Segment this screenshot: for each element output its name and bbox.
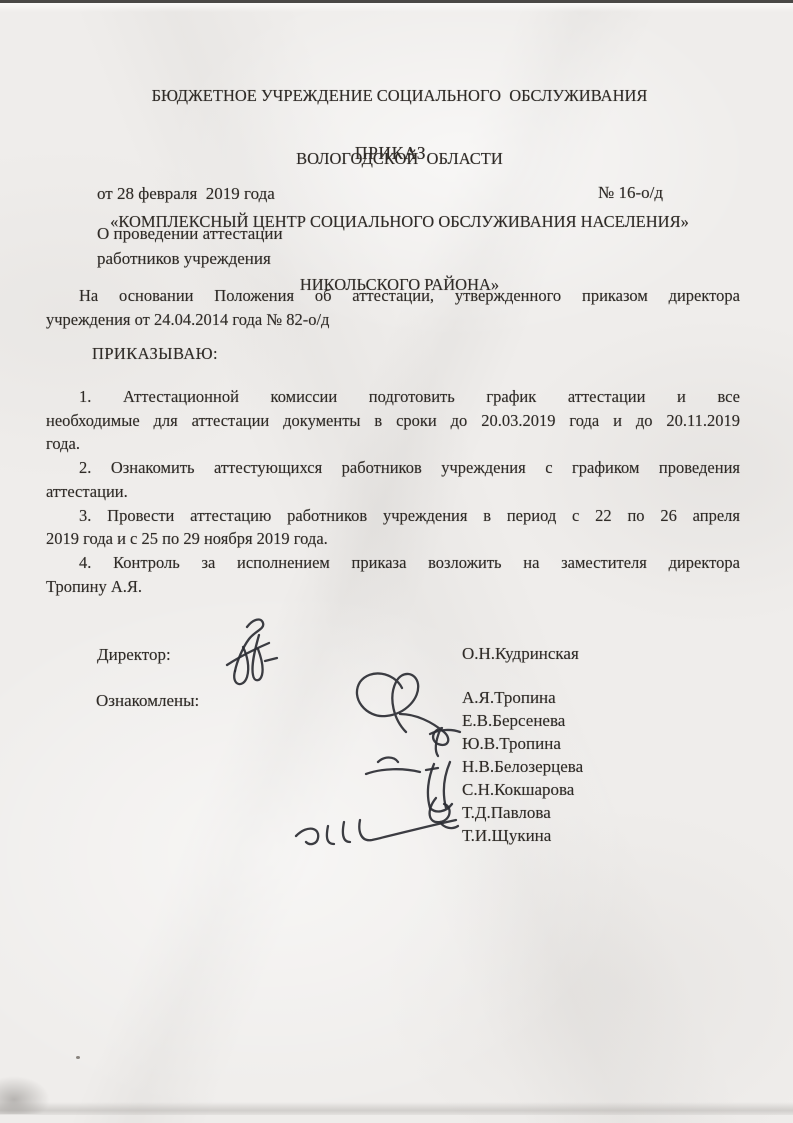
- item-4-line-2: Тропину А.Я.: [46, 575, 740, 599]
- acknowledged-name-7: Т.И.Щукина: [462, 824, 583, 847]
- subject-line-2: работников учреждения: [97, 247, 283, 272]
- order-number: № 16-о/д: [598, 183, 663, 203]
- acknowledged-name-2: Е.В.Берсенева: [462, 709, 583, 732]
- item-2-line-2: аттестации.: [46, 480, 740, 504]
- order-date: от 28 февраля 2019 года: [97, 184, 275, 204]
- director-label: Директор:: [97, 645, 171, 665]
- org-name-line-1: БЮДЖЕТНОЕ УЧРЕЖДЕНИЕ СОЦИАЛЬНОГО ОБСЛУЖИ…: [40, 85, 759, 106]
- item-4-line-1: 4. Контроль за исполнением приказа возло…: [46, 551, 740, 575]
- item-1-line-2: необходимые для аттестации документы в с…: [46, 409, 740, 433]
- doc-type-title: ПРИКАЗ: [0, 143, 781, 164]
- scan-corner-smudge: [0, 1076, 50, 1114]
- acknowledged-label: Ознакомлены:: [96, 691, 199, 711]
- subject-line-1: О проведении аттестации: [97, 222, 283, 247]
- basis-paragraph: На основании Положения об аттестации, ут…: [46, 284, 740, 331]
- acknowledged-names: А.Я.Тропина Е.В.Берсенева Ю.В.Тропина Н.…: [462, 686, 583, 847]
- basis-line-1: На основании Положения об аттестации, ут…: [46, 284, 740, 308]
- scan-bottom-edge: [0, 1102, 793, 1115]
- item-2-line-1: 2. Ознакомить аттестующихся работников у…: [46, 456, 740, 480]
- order-items: 1. Аттестационной комиссии подготовить г…: [46, 385, 740, 598]
- item-1-line-1: 1. Аттестационной комиссии подготовить г…: [46, 385, 740, 409]
- acknowledged-signatures: [282, 658, 482, 853]
- scan-top-glow: [0, 3, 793, 12]
- item-3-line-2: 2019 года и с 25 по 29 ноября 2019 года.: [46, 527, 740, 551]
- basis-line-2: учреждения от 24.04.2014 года № 82-о/д: [46, 308, 740, 332]
- acknowledged-name-3: Ю.В.Тропина: [462, 732, 583, 755]
- scan-speck: [76, 1056, 80, 1059]
- decree-word: ПРИКАЗЫВАЮ:: [92, 344, 218, 364]
- item-3-line-1: 3. Провести аттестацию работников учрежд…: [46, 504, 740, 528]
- acknowledged-name-5: С.Н.Кокшарова: [462, 778, 583, 801]
- acknowledged-name-4: Н.В.Белозерцева: [462, 755, 583, 778]
- scanned-document-page: БЮДЖЕТНОЕ УЧРЕЖДЕНИЕ СОЦИАЛЬНОГО ОБСЛУЖИ…: [0, 0, 793, 1123]
- item-1-line-3: года.: [46, 432, 740, 456]
- acknowledged-name-1: А.Я.Тропина: [462, 686, 583, 709]
- acknowledged-name-6: Т.Д.Павлова: [462, 801, 583, 824]
- order-subject: О проведении аттестации работников учреж…: [97, 222, 283, 271]
